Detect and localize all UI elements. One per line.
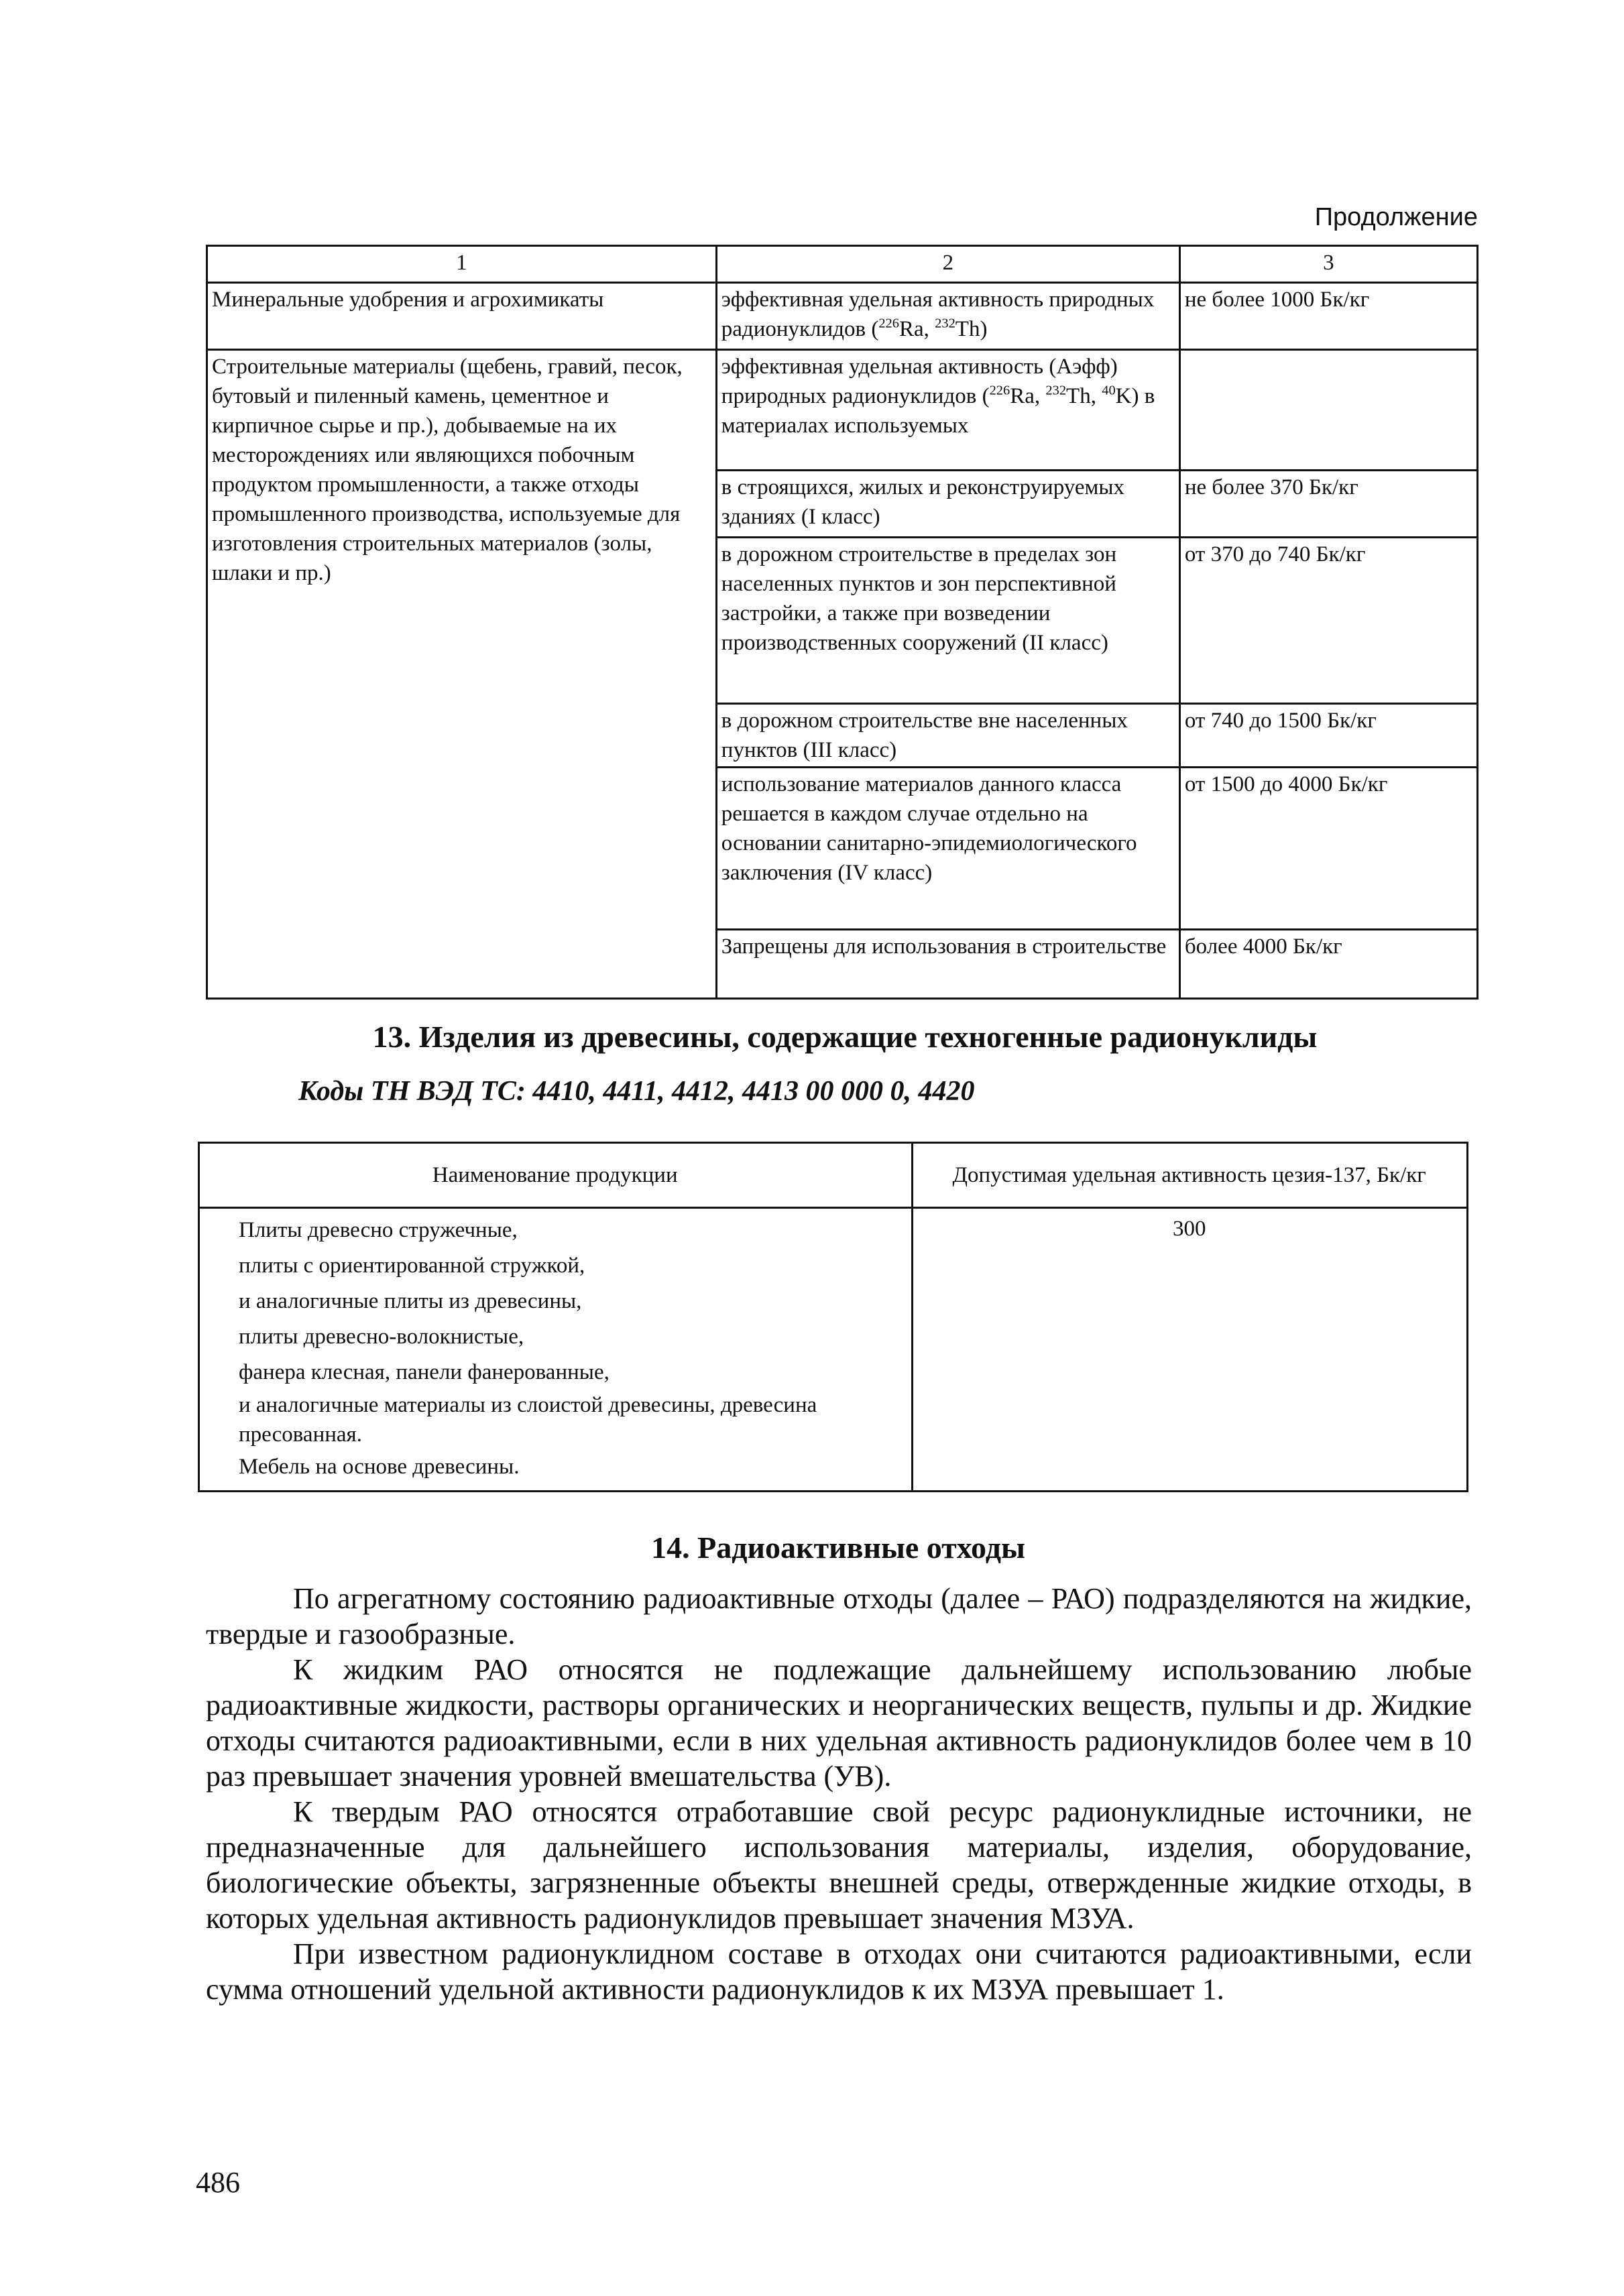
column-number-3: 3	[1179, 246, 1477, 283]
table-header-row: 1 2 3	[207, 246, 1478, 283]
section-14-body: По агрегатному состоянию радиоактивные о…	[206, 1581, 1472, 2007]
column-number-1: 1	[207, 246, 717, 283]
table-header-row: Наименование продукции Допустимая удельн…	[199, 1143, 1468, 1208]
limit-value: 300	[913, 1208, 1468, 1492]
radionuclide-limits-table: 1 2 3 Минеральные удобрения и агрохимика…	[206, 245, 1478, 1000]
header-limit: Допустимая удельная активность цезия-137…	[913, 1143, 1468, 1208]
table-row: Минеральные удобрения и агрохимикаты эфф…	[207, 283, 1478, 350]
paragraph: К твердым РАО относятся отработавшие сво…	[206, 1794, 1472, 1936]
limit-cell: не более 370 Бк/кг	[1179, 471, 1477, 538]
paragraph: К жидким РАО относятся не подлежащие дал…	[206, 1652, 1472, 1794]
use-cell: Запрещены для использования в строительс…	[716, 930, 1179, 999]
continuation-label: Продолжение	[1315, 203, 1478, 232]
header-product: Наименование продукции	[199, 1143, 913, 1208]
product-cell: Минеральные удобрения и агрохимикаты	[207, 283, 717, 350]
list-item: и аналогичные плиты из древесины,	[239, 1284, 906, 1319]
limit-cell: более 4000 Бк/кг	[1179, 930, 1477, 999]
list-item: плиты древесно-волокнистые,	[239, 1319, 906, 1355]
list-item: Плиты древесно стружечные,	[239, 1213, 906, 1248]
list-item: и аналогичные материалы из слоистой древ…	[239, 1390, 906, 1449]
limit-cell: от 740 до 1500 Бк/кг	[1179, 704, 1477, 768]
table-row: Строительные материалы (щебень, гравий, …	[207, 350, 1478, 471]
paragraph: По агрегатному состоянию радиоактивные о…	[206, 1581, 1472, 1652]
use-cell: в строящихся, жилых и реконструируемых з…	[716, 471, 1179, 538]
paragraph: При известном радионуклидном составе в о…	[206, 1936, 1472, 2007]
list-item: Мебель на основе древесины.	[239, 1449, 906, 1485]
use-cell: использование материалов данного класса …	[716, 768, 1179, 930]
product-list: Плиты древесно стружечные, плиты с ориен…	[199, 1208, 913, 1492]
section-13-heading: 13. Изделия из древесины, содержащие тех…	[275, 1019, 1415, 1054]
use-cell: в дорожном строительстве вне населенных …	[716, 704, 1179, 768]
limit-cell: не более 1000 Бк/кг	[1179, 283, 1477, 350]
indicator-cell: эффективная удельная активность (Аэфф) п…	[716, 350, 1179, 471]
indicator-cell: эффективная удельная активность природны…	[716, 283, 1179, 350]
page-number: 486	[196, 2165, 240, 2199]
limit-cell: от 1500 до 4000 Бк/кг	[1179, 768, 1477, 930]
wood-products-table: Наименование продукции Допустимая удельн…	[198, 1142, 1468, 1492]
list-item: плиты с ориентированной стружкой,	[239, 1248, 906, 1284]
column-number-2: 2	[716, 246, 1179, 283]
product-cell: Строительные материалы (щебень, гравий, …	[207, 350, 717, 999]
section-14-heading: 14. Радиоактивные отходы	[201, 1530, 1475, 1565]
limit-cell	[1179, 350, 1477, 471]
section-13-codes: Коды ТН ВЭД ТС: 4410, 4411, 4412, 4413 0…	[298, 1075, 975, 1107]
use-cell: в дорожном строительстве в пределах зон …	[716, 538, 1179, 704]
table-row: Плиты древесно стружечные, плиты с ориен…	[199, 1208, 1468, 1492]
list-item: фанера клесная, панели фанерованные,	[239, 1355, 906, 1390]
limit-cell: от 370 до 740 Бк/кг	[1179, 538, 1477, 704]
document-page: Продолжение 1 2 3 Минеральные удобрения …	[0, 0, 1624, 2296]
